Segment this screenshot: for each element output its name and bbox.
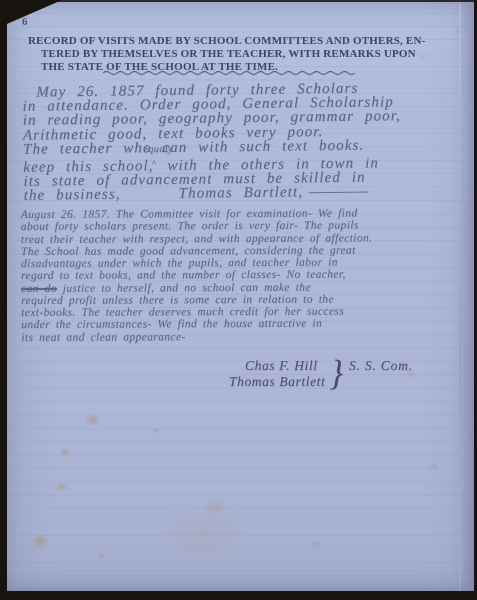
inline-signature: Thomas Bartlett, — [179, 185, 304, 203]
handwritten-text: its neat and clean appearance- — [21, 331, 185, 344]
inserted-word: equaly — [143, 143, 173, 158]
wavy-divider — [102, 69, 360, 77]
document-scan: 6 RECORD OF VISITS MADE BY SCHOOL COMMIT… — [0, 0, 477, 600]
committee-label: S. S. Com. — [349, 358, 413, 374]
caret-mark: ^ — [151, 156, 156, 170]
ledger-page: 6 RECORD OF VISITS MADE BY SCHOOL COMMIT… — [7, 0, 474, 591]
signature-brace: } — [329, 354, 343, 394]
stain-mark — [55, 482, 68, 492]
header-line: TERED BY THEMSELVES OR THE TEACHER, WITH… — [28, 48, 464, 61]
entry-may-1857: May 26. 1857 found forty three Scholarsi… — [22, 80, 473, 203]
printed-header: RECORD OF VISITS MADE BY SCHOOL COMMITTE… — [28, 35, 464, 74]
signature-name: Chas F. Hill — [229, 358, 325, 374]
scan-edge-left — [0, 0, 7, 600]
struck-out-text: can do — [21, 282, 57, 294]
stain-mark — [31, 534, 50, 549]
header-line: RECORD OF VISITS MADE BY SCHOOL COMMITTE… — [28, 35, 464, 48]
stain-mark — [147, 505, 257, 565]
handwritten-text: regard to text books, and the number of … — [21, 269, 346, 282]
scan-edge-bottom — [0, 591, 477, 600]
handwritten-text: The School has made good advancement, co… — [21, 244, 356, 257]
scan-edge-top — [0, 0, 477, 2]
handwritten-text: justice to herself, and no school can ma… — [57, 281, 311, 294]
stain-mark — [59, 448, 70, 457]
stain-mark — [85, 414, 101, 426]
handwritten-text: under the circumstances- We find the hou… — [21, 318, 322, 331]
handwritten-line: the business,Thomas Bartlett, — [24, 184, 474, 204]
signature-flourish — [309, 192, 369, 194]
signature-block: Chas F. Hill Thomas Bartlett } S. S. Com… — [229, 355, 413, 393]
stain-mark — [151, 427, 160, 434]
handwritten-text: the business, — [24, 187, 121, 204]
insertion-mark: equaly^ — [153, 155, 156, 170]
stain-mark — [201, 498, 229, 518]
stain-mark — [310, 540, 322, 548]
handwritten-line: its neat and clean appearance- — [21, 330, 477, 344]
folded-corner-shadow — [0, 0, 62, 27]
signature-name: Thomas Bartlett — [229, 374, 325, 390]
signature-names: Chas F. Hill Thomas Bartlett — [229, 358, 325, 390]
stain-mark — [97, 552, 106, 559]
stain-mark — [429, 462, 439, 470]
handwritten-text: about forty scholars present. The order … — [21, 220, 359, 233]
entry-august-1857: August 26. 1857. The Committee visit for… — [21, 207, 477, 344]
handwritten-text: required profit unless there is some car… — [21, 293, 334, 306]
